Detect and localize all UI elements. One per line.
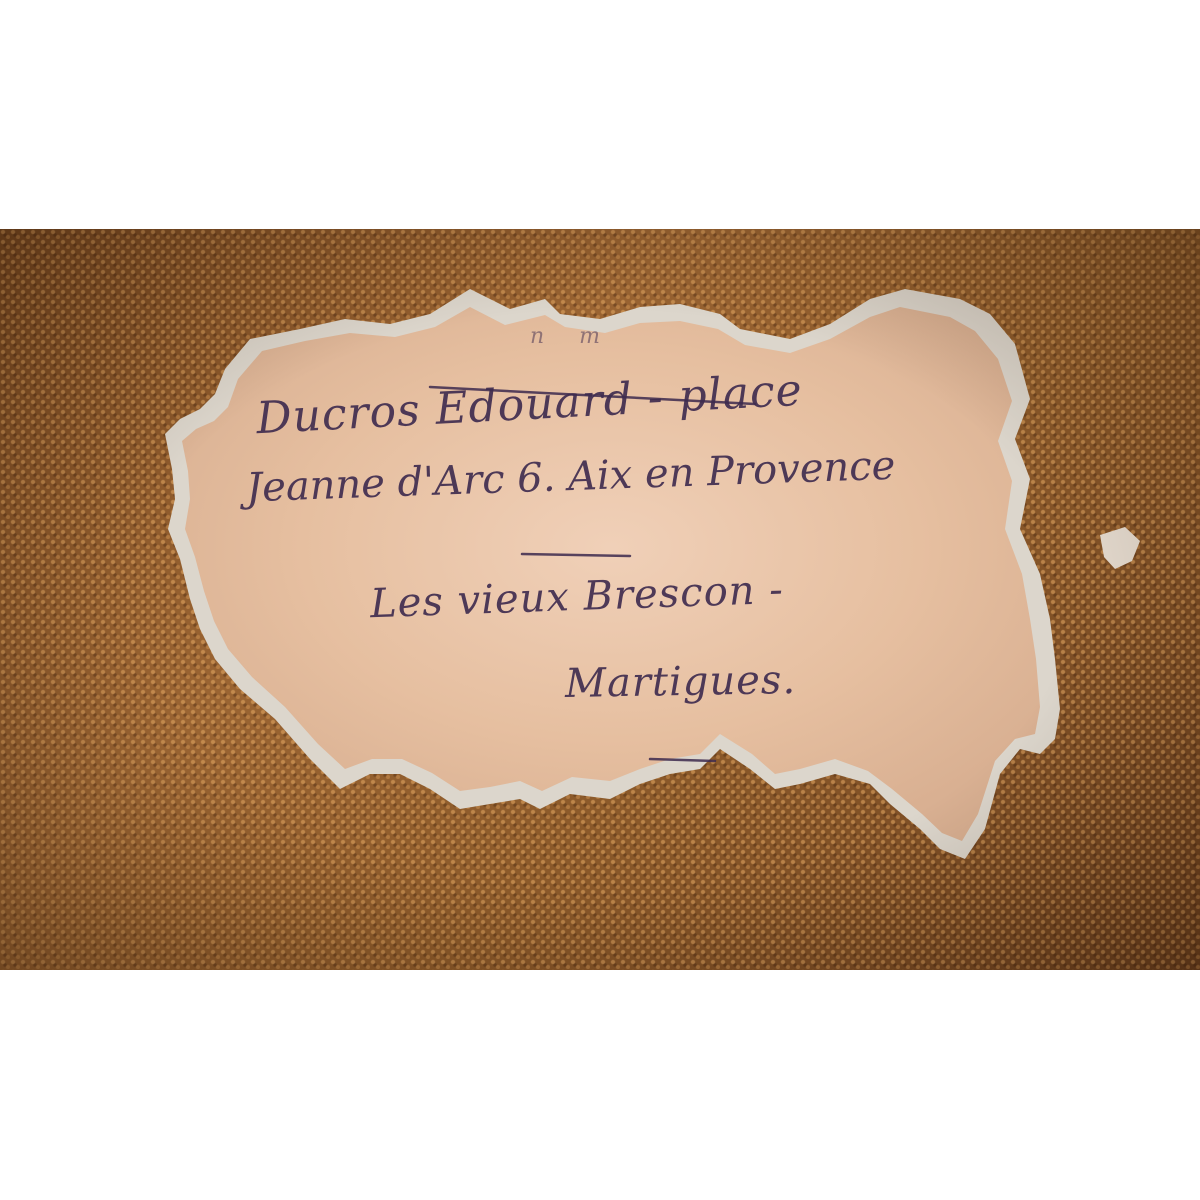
label-line-place: Martigues. [565,657,797,707]
label-top-marks: n m [530,324,614,349]
canvas-back-photo: n m Ducros Edouard - place Jeanne d'Arc … [0,229,1200,970]
